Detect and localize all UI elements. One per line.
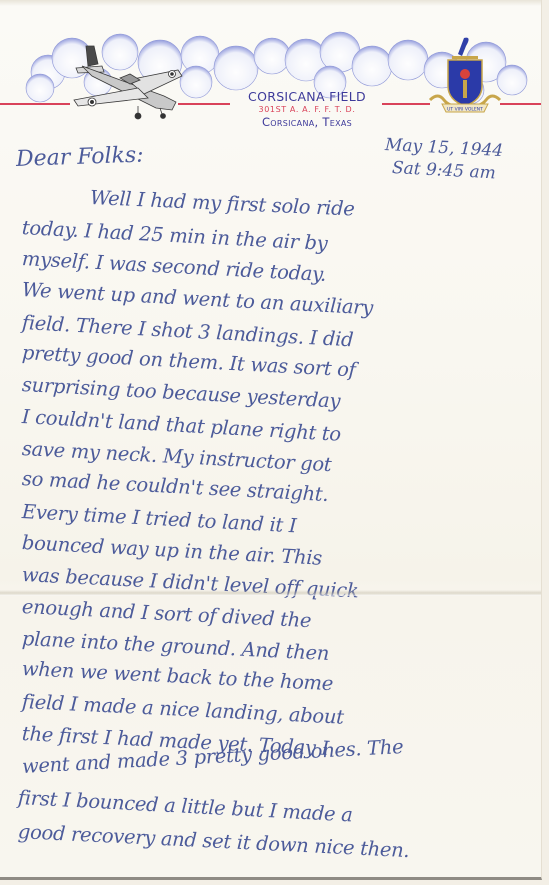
letter-line: Well I had my first solo ride xyxy=(89,186,355,221)
salutation: Dear Folks: xyxy=(16,143,144,172)
letter-line: first I bounced a little but I made a xyxy=(17,786,353,827)
coat-of-arms-emblem: UT VIRI VOLENT xyxy=(426,34,510,118)
letterhead-unit: 301ST A. A. F. F. T. D. xyxy=(232,104,382,115)
letterhead-location: Corsicana, Texas xyxy=(232,115,382,129)
letter-line: bounced way up in the air. This xyxy=(21,531,322,570)
letterhead-title: CORSICANA FIELD xyxy=(232,89,382,104)
letterhead: UT VIRI VOLENT CORSICANA FIELD 301ST A. … xyxy=(0,0,542,130)
letter-line: enough and I sort of dived the xyxy=(21,595,311,632)
letter-date: May 15, 1944 xyxy=(384,135,503,161)
letterhead-text: CORSICANA FIELD 301ST A. A. F. F. T. D. … xyxy=(232,89,382,129)
paper-fold-line xyxy=(0,590,541,596)
letterhead-rule xyxy=(382,103,430,105)
svg-text:UT VIRI VOLENT: UT VIRI VOLENT xyxy=(447,107,483,113)
letterhead-rule xyxy=(0,103,70,105)
letter-line: field I made a nice landing, about xyxy=(21,690,344,729)
letter-day-time: Sat 9:45 am xyxy=(391,158,496,183)
letter-line: Every time I tried to land it I xyxy=(21,500,297,537)
airplane-illustration xyxy=(68,40,188,120)
letter-page: UT VIRI VOLENT CORSICANA FIELD 301ST A. … xyxy=(0,0,542,880)
